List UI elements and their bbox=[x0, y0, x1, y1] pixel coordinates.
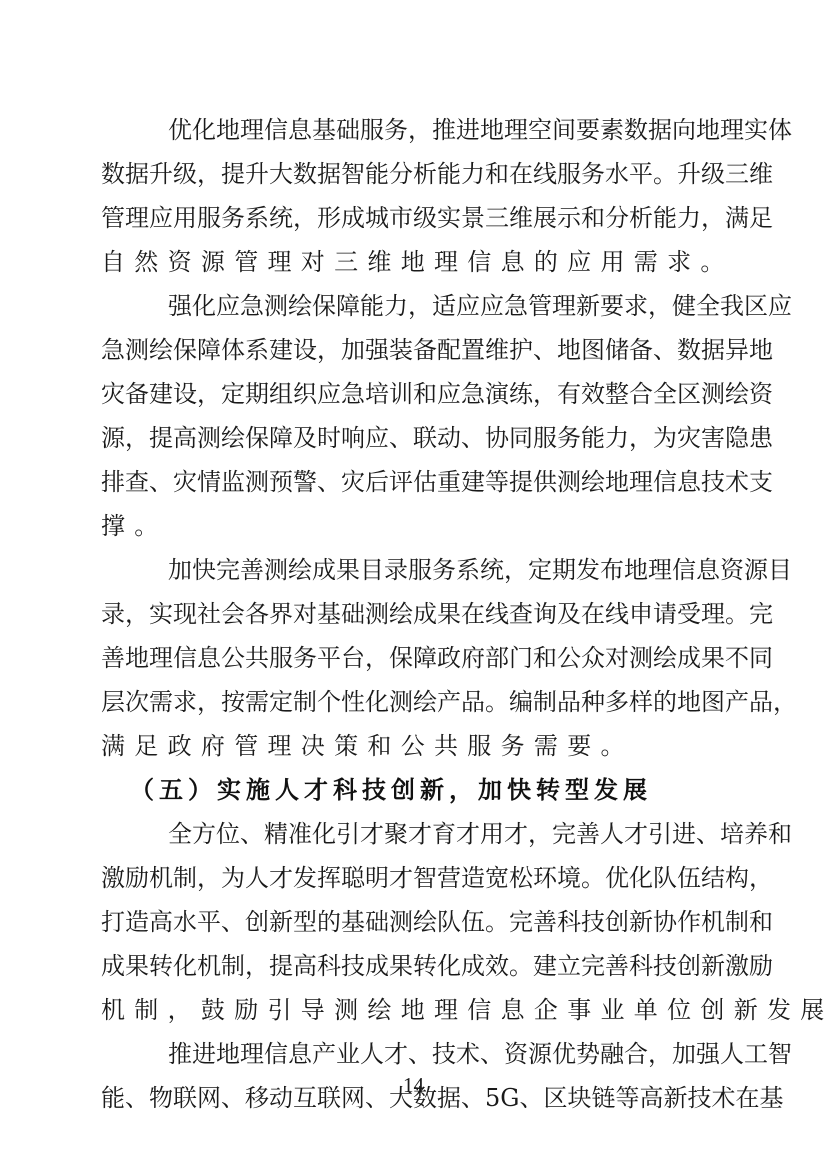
paragraph-line: 机制，鼓励引导测绘地理信息企事业单位创新发展。 bbox=[101, 993, 727, 1027]
paragraph-line: 排查、灾情监测预警、灾后评估重建等提供测绘地理信息技术支 bbox=[101, 465, 727, 499]
paragraph-line: 优化地理信息基础服务，推进地理空间要素数据向地理实体 bbox=[168, 113, 727, 147]
paragraph-line: 全方位、精准化引才聚才育才用才，完善人才引进、培养和 bbox=[168, 817, 727, 851]
paragraph-line: 源，提高测绘保障及时响应、联动、协同服务能力，为灾害隐患 bbox=[101, 421, 727, 455]
paragraph-line: 成果转化机制，提高科技成果转化成效。建立完善科技创新激励 bbox=[101, 949, 727, 983]
paragraph-line: 急测绘保障体系建设，加强装备配置维护、地图储备、数据异地 bbox=[101, 333, 727, 367]
paragraph-line: 撑。 bbox=[101, 509, 727, 543]
section-heading: （五）实施人才科技创新，加快转型发展 bbox=[130, 773, 652, 807]
paragraph-line: 强化应急测绘保障能力，适应应急管理新要求，健全我区应 bbox=[168, 289, 727, 323]
paragraph-line: 打造高水平、创新型的基础测绘队伍。完善科技创新协作机制和 bbox=[101, 905, 727, 939]
paragraph-line: 数据升级，提升大数据智能分析能力和在线服务水平。升级三维 bbox=[101, 157, 727, 191]
paragraph-line: 灾备建设，定期组织应急培训和应急演练，有效整合全区测绘资 bbox=[101, 377, 727, 411]
paragraph-line: 激励机制，为人才发挥聪明才智营造宽松环境。优化队伍结构， bbox=[101, 861, 727, 895]
paragraph-line: 加快完善测绘成果目录服务系统，定期发布地理信息资源目 bbox=[168, 553, 727, 587]
page-number: 14 bbox=[0, 1072, 827, 1098]
paragraph-line: 自然资源管理对三维地理信息的应用需求。 bbox=[101, 245, 727, 279]
paragraph-line: 层次需求，按需定制个性化测绘产品。编制品种多样的地图产品， bbox=[101, 685, 727, 719]
paragraph-line: 管理应用服务系统，形成城市级实景三维展示和分析能力，满足 bbox=[101, 201, 727, 235]
document-page: 优化地理信息基础服务，推进地理空间要素数据向地理实体 数据升级，提升大数据智能分… bbox=[0, 0, 827, 1169]
paragraph-line: 善地理信息公共服务平台，保障政府部门和公众对测绘成果不同 bbox=[101, 641, 727, 675]
paragraph-line: 录，实现社会各界对基础测绘成果在线查询及在线申请受理。完 bbox=[101, 597, 727, 631]
paragraph-line: 满足政府管理决策和公共服务需要。 bbox=[101, 729, 727, 763]
paragraph-line: 推进地理信息产业人才、技术、资源优势融合，加强人工智 bbox=[168, 1037, 727, 1071]
